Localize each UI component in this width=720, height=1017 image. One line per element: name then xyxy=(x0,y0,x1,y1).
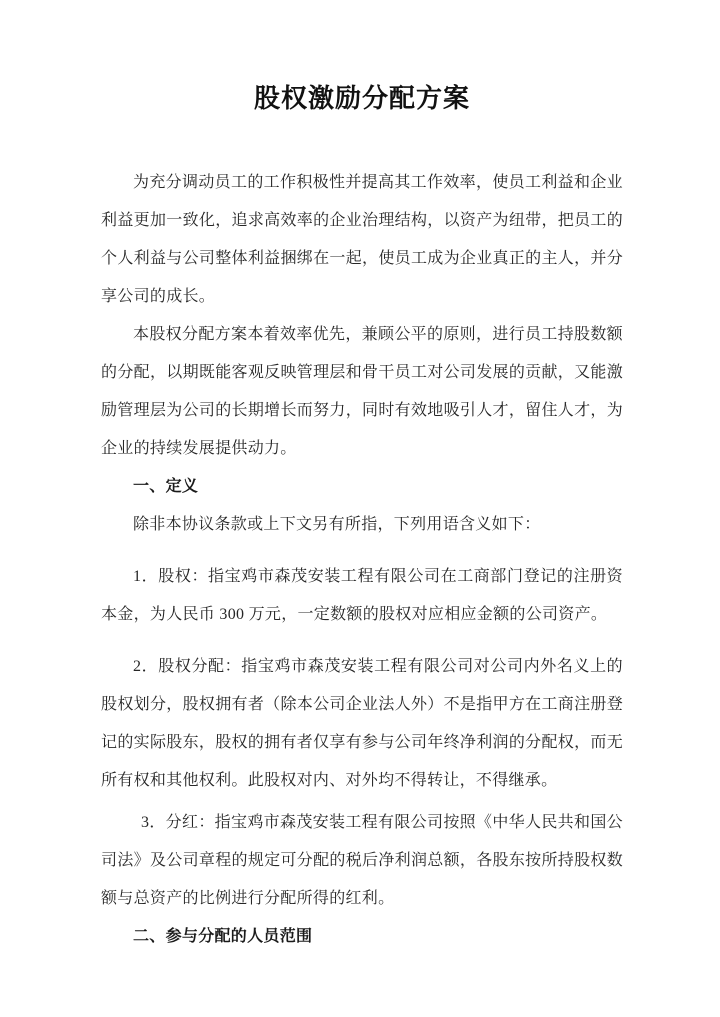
section-heading-participants: 二、参与分配的人员范围 xyxy=(101,918,623,956)
section-heading-definitions: 一、定义 xyxy=(101,468,623,506)
document-title: 股权激励分配方案 xyxy=(101,80,623,118)
definition-item-equity-distribution: 2．股权分配：指宝鸡市森茂安装工程有限公司对公司内外名义上的股权划分，股权拥有者… xyxy=(101,648,623,800)
definition-item-dividend: 3．分红：指宝鸡市森茂安装工程有限公司按照《中华人民共和国公司法》及公司章程的规… xyxy=(101,804,623,918)
document-page: 股权激励分配方案 为充分调动员工的工作积极性并提高其工作效率，使员工利益和企业利… xyxy=(0,0,720,1017)
paragraph-preamble-1: 为充分调动员工的工作积极性并提高其工作效率，使员工利益和企业利益更加一致化，追求… xyxy=(101,164,623,316)
paragraph-definitions-intro: 除非本协议条款或上下文另有所指，下列用语含义如下： xyxy=(101,506,623,544)
paragraph-preamble-2: 本股权分配方案本着效率优先，兼顾公平的原则，进行员工持股数额的分配，以期既能客观… xyxy=(101,316,623,468)
document-content: 股权激励分配方案 为充分调动员工的工作积极性并提高其工作效率，使员工利益和企业利… xyxy=(101,0,623,956)
definition-item-equity: 1．股权：指宝鸡市森茂安装工程有限公司在工商部门登记的注册资本金，为人民币 30… xyxy=(101,558,623,634)
